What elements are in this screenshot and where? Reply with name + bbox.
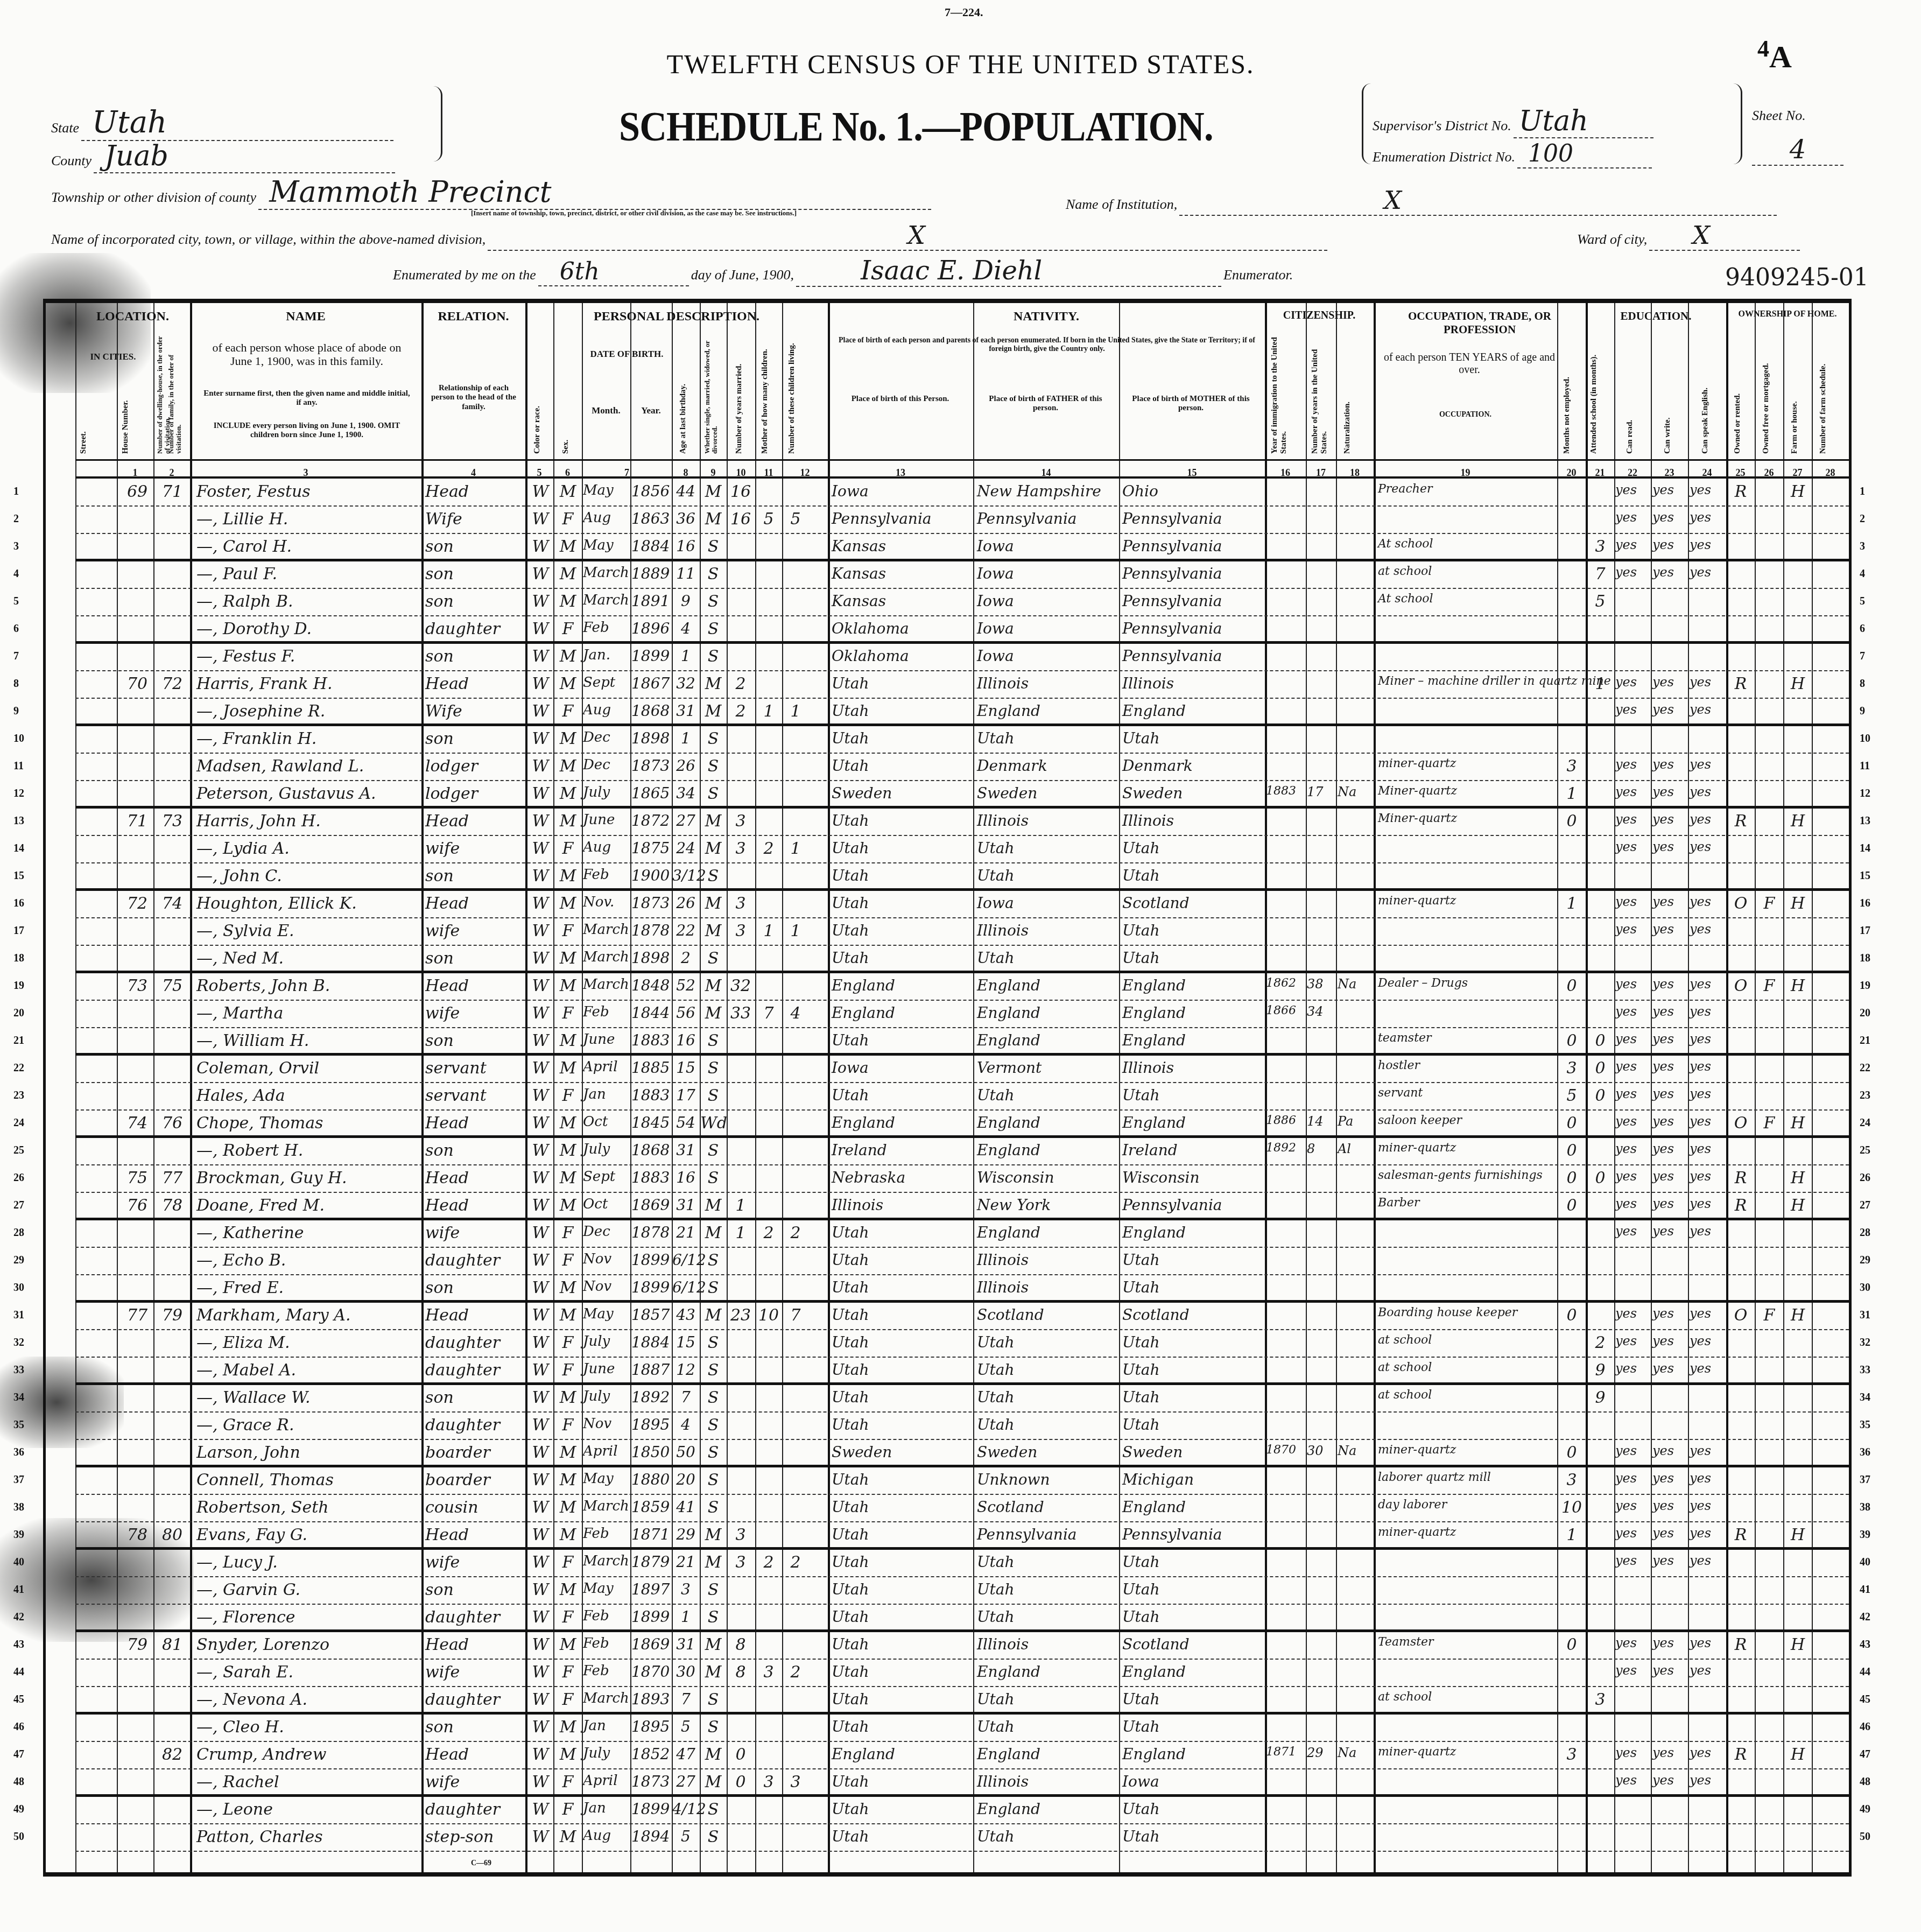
marital-status: S <box>700 867 726 886</box>
header-attended-school: Attended school (in months). <box>1589 335 1599 454</box>
occupation: miner-quartz <box>1378 894 1456 908</box>
age: 16 <box>672 1031 699 1049</box>
occupation: hostler <box>1378 1059 1420 1072</box>
row-number-right: 39 <box>1860 1529 1870 1541</box>
age: 31 <box>672 1196 699 1214</box>
birthplace-father: Iowa <box>977 565 1014 582</box>
relation: Head <box>425 1196 469 1215</box>
birth-month: Feb <box>583 620 609 636</box>
color: W <box>528 1224 553 1242</box>
table-row: 16 72 74 Houghton, Ellick K. Head W M No… <box>46 891 1849 918</box>
state-label: State <box>51 120 79 136</box>
relation: Head <box>425 675 469 693</box>
person-name: Snyder, Lorenzo <box>196 1635 329 1654</box>
sex: F <box>555 839 581 858</box>
sex: F <box>555 1086 581 1105</box>
farm-house: H <box>1784 1114 1811 1133</box>
relation: Wife <box>425 510 462 529</box>
color: W <box>528 510 553 529</box>
speaks-english: yes <box>1690 1169 1711 1184</box>
farm-house: H <box>1784 894 1811 913</box>
township-field: Township or other division of county Mam… <box>51 175 931 210</box>
birth-year: 1895 <box>631 1416 670 1434</box>
relation: daughter <box>425 1608 500 1627</box>
marital-status: S <box>700 1388 726 1407</box>
township-label: Township or other division of county <box>51 189 256 205</box>
enumeration-value: 100 <box>1517 140 1652 168</box>
age: 56 <box>672 1004 699 1022</box>
row-number-right: 9 <box>1860 705 1865 718</box>
birthplace-person: Utah <box>832 812 869 830</box>
attended-school: 3 <box>1587 537 1614 556</box>
can-read: yes <box>1615 1471 1637 1486</box>
family-number: 72 <box>156 675 188 693</box>
birthplace-person: Utah <box>832 729 869 747</box>
speaks-english: yes <box>1690 1635 1711 1650</box>
children-living: 2 <box>783 1663 808 1682</box>
color: W <box>528 1773 553 1792</box>
occupation: miner-quartz <box>1378 1141 1456 1155</box>
person-name: Foster, Festus <box>196 482 311 501</box>
marital-status: S <box>700 784 726 803</box>
immigration-year: 1883 <box>1266 784 1296 798</box>
birthplace-father: Pennsylvania <box>977 1526 1077 1543</box>
dwelling-number: 72 <box>121 894 153 913</box>
person-name: Robertson, Seth <box>196 1498 329 1517</box>
col-num: 17 <box>1306 467 1336 479</box>
sheet-corner-number: 4 <box>1757 36 1769 62</box>
marital-status: S <box>700 1580 726 1599</box>
occupation: At school <box>1378 537 1433 551</box>
sex: M <box>555 537 581 556</box>
birth-month: Feb <box>583 1526 609 1542</box>
relation: Head <box>425 976 469 995</box>
speaks-english: yes <box>1690 812 1711 827</box>
relation: Head <box>425 482 469 501</box>
months-unemployed: 10 <box>1558 1498 1585 1517</box>
row-number-left: 39 <box>13 1529 24 1541</box>
color: W <box>528 1004 553 1023</box>
free-mortgaged: F <box>1756 1114 1783 1133</box>
header-nativity: NATIVITY. <box>828 310 1265 324</box>
farm-house: H <box>1784 482 1811 501</box>
row-number-right: 33 <box>1860 1364 1870 1376</box>
row-number-left: 27 <box>13 1199 24 1212</box>
birth-month: March <box>583 1553 629 1569</box>
birthplace-mother: Utah <box>1122 1828 1160 1845</box>
can-read: yes <box>1615 675 1637 690</box>
birth-year: 1883 <box>631 1031 670 1049</box>
row-number-right: 16 <box>1860 897 1870 910</box>
years-married: 2 <box>727 675 754 693</box>
sex: F <box>555 1004 581 1023</box>
row-number-right: 22 <box>1860 1062 1870 1074</box>
can-write: yes <box>1652 1086 1674 1101</box>
table-row: 15 —, John C. son W M Feb 1900 3/12 S Ut… <box>46 863 1849 891</box>
header-age: Age at last birthday. <box>679 335 688 454</box>
owned-rented: R <box>1727 675 1754 693</box>
sex: F <box>555 620 581 638</box>
header-divider <box>75 459 1849 461</box>
sex: M <box>555 1114 581 1133</box>
birthplace-mother: Sweden <box>1122 1443 1183 1461</box>
owned-rented: R <box>1727 1196 1754 1215</box>
birth-year: 1871 <box>631 1526 670 1543</box>
birthplace-mother: Utah <box>1122 949 1160 967</box>
header-marital: Whether single, married, widowed, or div… <box>703 335 719 454</box>
color: W <box>528 1251 553 1270</box>
birthplace-mother: Pennsylvania <box>1122 510 1222 528</box>
age: 20 <box>672 1471 699 1488</box>
age: 30 <box>672 1663 699 1681</box>
sex: M <box>555 647 581 666</box>
birth-month: July <box>583 784 610 800</box>
birth-year: 1899 <box>631 1278 670 1296</box>
age: 31 <box>672 702 699 720</box>
person-name: Coleman, Orvil <box>196 1059 319 1078</box>
person-name: Markham, Mary A. <box>196 1306 350 1325</box>
sex: F <box>555 510 581 529</box>
color: W <box>528 1800 553 1819</box>
form-number: 7—224. <box>945 5 983 19</box>
relation: Head <box>425 1745 469 1764</box>
birth-month: Aug <box>583 839 611 855</box>
age: 22 <box>672 922 699 939</box>
owned-rented: O <box>1727 1114 1754 1133</box>
age: 5 <box>672 1718 699 1736</box>
birthplace-father: Utah <box>977 1388 1015 1406</box>
birth-month: March <box>583 922 629 938</box>
occupation: at school <box>1378 1333 1432 1347</box>
can-write: yes <box>1652 976 1674 992</box>
marital-status: S <box>700 1828 726 1846</box>
birthplace-person: Utah <box>832 1471 869 1488</box>
row-number-left: 45 <box>13 1694 24 1706</box>
children-born: 3 <box>756 1773 782 1792</box>
ward-label: Ward of city, <box>1577 231 1647 247</box>
birth-year: 1857 <box>631 1306 670 1324</box>
can-write: yes <box>1652 510 1674 525</box>
speaks-english: yes <box>1690 839 1711 854</box>
color: W <box>528 922 553 940</box>
birth-year: 1852 <box>631 1745 670 1763</box>
immigration-year: 1892 <box>1266 1141 1296 1155</box>
birthplace-person: Utah <box>832 894 869 912</box>
row-number-left: 25 <box>13 1144 24 1157</box>
birthplace-mother: England <box>1122 1114 1186 1132</box>
header-occupation-desc: of each person TEN YEARS of age and over… <box>1378 352 1561 376</box>
row-number-right: 10 <box>1860 733 1870 745</box>
birth-year: 1850 <box>631 1443 670 1461</box>
schedule-title: SCHEDULE No. 1.—POPULATION. <box>619 102 1213 151</box>
row-number-right: 30 <box>1860 1282 1870 1294</box>
birthplace-father: Utah <box>977 1361 1015 1379</box>
birthplace-person: Utah <box>832 1388 869 1406</box>
table-row: 31 77 79 Markham, Mary A. Head W M May 1… <box>46 1303 1849 1330</box>
birth-year: 1896 <box>631 620 670 637</box>
can-read: yes <box>1615 565 1637 580</box>
row-number-right: 43 <box>1860 1639 1870 1651</box>
can-read: yes <box>1615 482 1637 497</box>
state-field: State Utah <box>51 105 393 141</box>
months-unemployed: 0 <box>1558 1306 1585 1325</box>
age: 47 <box>672 1745 699 1763</box>
header-location: LOCATION. <box>75 310 190 324</box>
birthplace-person: Utah <box>832 949 869 967</box>
relation: daughter <box>425 1251 500 1270</box>
years-in-us: 38 <box>1307 976 1324 992</box>
birth-year: 1893 <box>631 1690 670 1708</box>
table-row: 1 69 71 Foster, Festus Head W M May 1856… <box>46 479 1849 507</box>
row-number-left: 50 <box>13 1831 24 1843</box>
free-mortgaged: F <box>1756 894 1783 913</box>
header-can-read: Can read. <box>1626 335 1635 454</box>
birthplace-mother: Utah <box>1122 1361 1160 1379</box>
sex: M <box>555 1526 581 1544</box>
table-row: 40 —, Lucy J. wife W F March 1879 21 M 3… <box>46 1550 1849 1577</box>
occupation: teamster <box>1378 1031 1432 1045</box>
sex: F <box>555 1224 581 1242</box>
table-row: 17 —, Sylvia E. wife W F March 1878 22 M… <box>46 918 1849 946</box>
row-number-right: 14 <box>1860 842 1870 855</box>
children-born: 10 <box>756 1306 782 1325</box>
family-number: 78 <box>156 1196 188 1215</box>
months-unemployed: 0 <box>1558 812 1585 831</box>
col-num: 13 <box>828 467 973 479</box>
relation: son <box>425 729 454 748</box>
family-number: 79 <box>156 1306 188 1325</box>
table-row: 20 —, Martha wife W F Feb 1844 56 M 33 7… <box>46 1001 1849 1028</box>
years-married: 3 <box>727 1553 754 1572</box>
birthplace-mother: Utah <box>1122 922 1160 939</box>
marital-status: M <box>700 1004 726 1023</box>
sex: M <box>555 1388 581 1407</box>
immigration-year: 1870 <box>1266 1443 1296 1457</box>
birthplace-person: Kansas <box>832 537 886 555</box>
table-row: 4 —, Paul F. son W M March 1889 11 S Kan… <box>46 561 1849 589</box>
farm-house: H <box>1784 1306 1811 1325</box>
can-read: yes <box>1615 839 1637 854</box>
months-unemployed: 0 <box>1558 1141 1585 1160</box>
can-read: yes <box>1615 757 1637 772</box>
color: W <box>528 1828 553 1846</box>
birthplace-father: Denmark <box>977 757 1047 775</box>
relation: Head <box>425 894 469 913</box>
can-read: yes <box>1615 1086 1637 1101</box>
sex: F <box>555 1608 581 1627</box>
birth-month: Jan <box>583 1718 606 1734</box>
age: 41 <box>672 1498 699 1516</box>
can-read: yes <box>1615 976 1637 992</box>
can-read: yes <box>1615 1361 1637 1376</box>
marital-status: S <box>700 1278 726 1297</box>
sex: M <box>555 1306 581 1325</box>
naturalization: Al <box>1338 1141 1351 1156</box>
can-write: yes <box>1652 1471 1674 1486</box>
birth-year: 1867 <box>631 675 670 692</box>
marital-status: S <box>700 1608 726 1627</box>
row-number-left: 28 <box>13 1227 24 1239</box>
dwelling-number: 70 <box>121 675 153 693</box>
marital-status: M <box>700 1663 726 1682</box>
can-read: yes <box>1615 894 1637 909</box>
immigration-year: 1886 <box>1266 1114 1296 1127</box>
age: 44 <box>672 482 699 500</box>
marital-status: S <box>700 1361 726 1380</box>
col-num: 15 <box>1119 467 1265 479</box>
age: 15 <box>672 1059 699 1077</box>
sex: M <box>555 1745 581 1764</box>
county-field: County Juab <box>51 140 395 173</box>
children-born: 2 <box>756 1553 782 1572</box>
birthplace-person: Utah <box>832 922 869 939</box>
birthplace-mother: Utah <box>1122 1718 1160 1736</box>
years-married: 8 <box>727 1635 754 1654</box>
birth-year: 1894 <box>631 1828 670 1845</box>
col-num: 8 <box>672 467 700 479</box>
birthplace-father: Illinois <box>977 1635 1029 1653</box>
children-living: 1 <box>783 702 808 721</box>
relation: wife <box>425 922 460 940</box>
family-number: 80 <box>156 1526 188 1544</box>
sex: F <box>555 702 581 721</box>
relation: cousin <box>425 1498 479 1517</box>
birth-month: May <box>583 1471 614 1487</box>
age: 27 <box>672 1773 699 1790</box>
header-family-number: Number of family, in the order of visita… <box>167 330 183 454</box>
birthplace-mother: England <box>1122 1224 1186 1241</box>
person-name: Doane, Fred M. <box>196 1196 325 1215</box>
birthplace-person: Utah <box>832 1361 869 1379</box>
stamp-number: 9409245-01 <box>1725 264 1869 291</box>
color: W <box>528 1361 553 1380</box>
marital-status: S <box>700 1031 726 1050</box>
relation: wife <box>425 1224 460 1242</box>
age: 31 <box>672 1141 699 1159</box>
sex: M <box>555 1141 581 1160</box>
birth-month: July <box>583 1333 610 1350</box>
birthplace-person: Utah <box>832 839 869 857</box>
children-living: 2 <box>783 1553 808 1572</box>
birthplace-father: Utah <box>977 949 1015 967</box>
birthplace-person: Utah <box>832 1553 869 1571</box>
color: W <box>528 1471 553 1490</box>
row-number-left: 23 <box>13 1090 24 1102</box>
marital-status: M <box>700 976 726 995</box>
years-married: 3 <box>727 839 754 858</box>
table-row: 27 76 78 Doane, Fred M. Head W M Oct 186… <box>46 1193 1849 1220</box>
row-number-right: 1 <box>1860 486 1865 498</box>
birthplace-father: Utah <box>977 1416 1015 1434</box>
row-number-left: 12 <box>13 788 24 800</box>
sex: M <box>555 1443 581 1462</box>
birth-month: Nov. <box>583 894 614 910</box>
birthplace-mother: Ireland <box>1122 1141 1178 1159</box>
header-sex: Sex. <box>561 346 571 454</box>
person-name: —, Martha <box>196 1004 283 1023</box>
row-number-left: 21 <box>13 1035 24 1047</box>
state-county-brace <box>433 86 442 161</box>
birthplace-father: Iowa <box>977 592 1014 610</box>
dwelling-number: 71 <box>121 812 153 831</box>
can-write: yes <box>1652 757 1674 772</box>
table-row: 19 73 75 Roberts, John B. Head W M March… <box>46 973 1849 1001</box>
header-name-instr2: INCLUDE every person living on June 1, 1… <box>202 421 412 440</box>
attended-school: 0 <box>1587 1059 1614 1078</box>
col-num: 4 <box>421 467 525 479</box>
birth-month: May <box>583 1580 614 1597</box>
color: W <box>528 1745 553 1764</box>
birth-month: April <box>583 1443 617 1459</box>
col-num: 10 <box>727 467 755 479</box>
birth-year: 1872 <box>631 812 670 830</box>
color: W <box>528 1690 553 1709</box>
person-name: —, John C. <box>196 867 282 886</box>
col-num: 20 <box>1557 467 1586 479</box>
header-month: Month. <box>582 405 630 416</box>
relation: Head <box>425 1635 469 1654</box>
birthplace-father: England <box>977 976 1040 994</box>
person-name: Brockman, Guy H. <box>196 1169 347 1188</box>
dwelling-number: 75 <box>121 1169 153 1188</box>
institution-value: X <box>1179 186 1777 216</box>
birth-month: Nov <box>583 1416 611 1432</box>
relation: lodger <box>425 757 478 776</box>
speaks-english: yes <box>1690 482 1711 497</box>
birth-month: Jan <box>583 1086 606 1102</box>
person-name: Roberts, John B. <box>196 976 330 995</box>
months-unemployed: 5 <box>1558 1086 1585 1105</box>
years-in-us: 30 <box>1307 1443 1324 1458</box>
sex: F <box>555 1251 581 1270</box>
person-name: Harris, Frank H. <box>196 675 333 693</box>
birthplace-father: Illinois <box>977 1278 1029 1296</box>
farm-house: H <box>1784 1635 1811 1654</box>
birthplace-mother: Utah <box>1122 1416 1160 1434</box>
row-number-right: 48 <box>1860 1776 1870 1788</box>
speaks-english: yes <box>1690 784 1711 799</box>
institution-label: Name of Institution, <box>1066 196 1177 212</box>
birth-year: 1899 <box>631 1608 670 1626</box>
row-number-right: 19 <box>1860 980 1870 992</box>
relation: daughter <box>425 1800 500 1819</box>
birth-month: Oct <box>583 1196 608 1212</box>
can-read: yes <box>1615 812 1637 827</box>
farm-house: H <box>1784 1169 1811 1188</box>
header-relation: RELATION. <box>421 310 525 324</box>
table-row: 8 70 72 Harris, Frank H. Head W M Sept 1… <box>46 671 1849 699</box>
can-read: yes <box>1615 1333 1637 1348</box>
table-row: 50 Patton, Charles step-son W M Aug 1894… <box>46 1824 1849 1852</box>
row-number-right: 15 <box>1860 870 1870 882</box>
institution-field: Name of Institution, X <box>1066 186 1777 216</box>
sheet-corner-label: 4A <box>1757 35 1792 75</box>
can-write: yes <box>1652 1498 1674 1513</box>
person-name: Larson, John <box>196 1443 300 1462</box>
relation: son <box>425 867 454 886</box>
sex: M <box>555 675 581 693</box>
birthplace-person: Pennsylvania <box>832 510 932 528</box>
birthplace-mother: Denmark <box>1122 757 1193 775</box>
row-number-left: 6 <box>13 623 19 635</box>
enumeration-line: Enumerated by me on the 6th day of June,… <box>393 256 1293 287</box>
occupation: at school <box>1378 1690 1432 1704</box>
header-years-married: Number of years married. <box>735 335 744 454</box>
birth-year: 1873 <box>631 1773 670 1790</box>
color: W <box>528 784 553 803</box>
row-number-right: 31 <box>1860 1309 1870 1322</box>
row-number-left: 40 <box>13 1556 24 1569</box>
